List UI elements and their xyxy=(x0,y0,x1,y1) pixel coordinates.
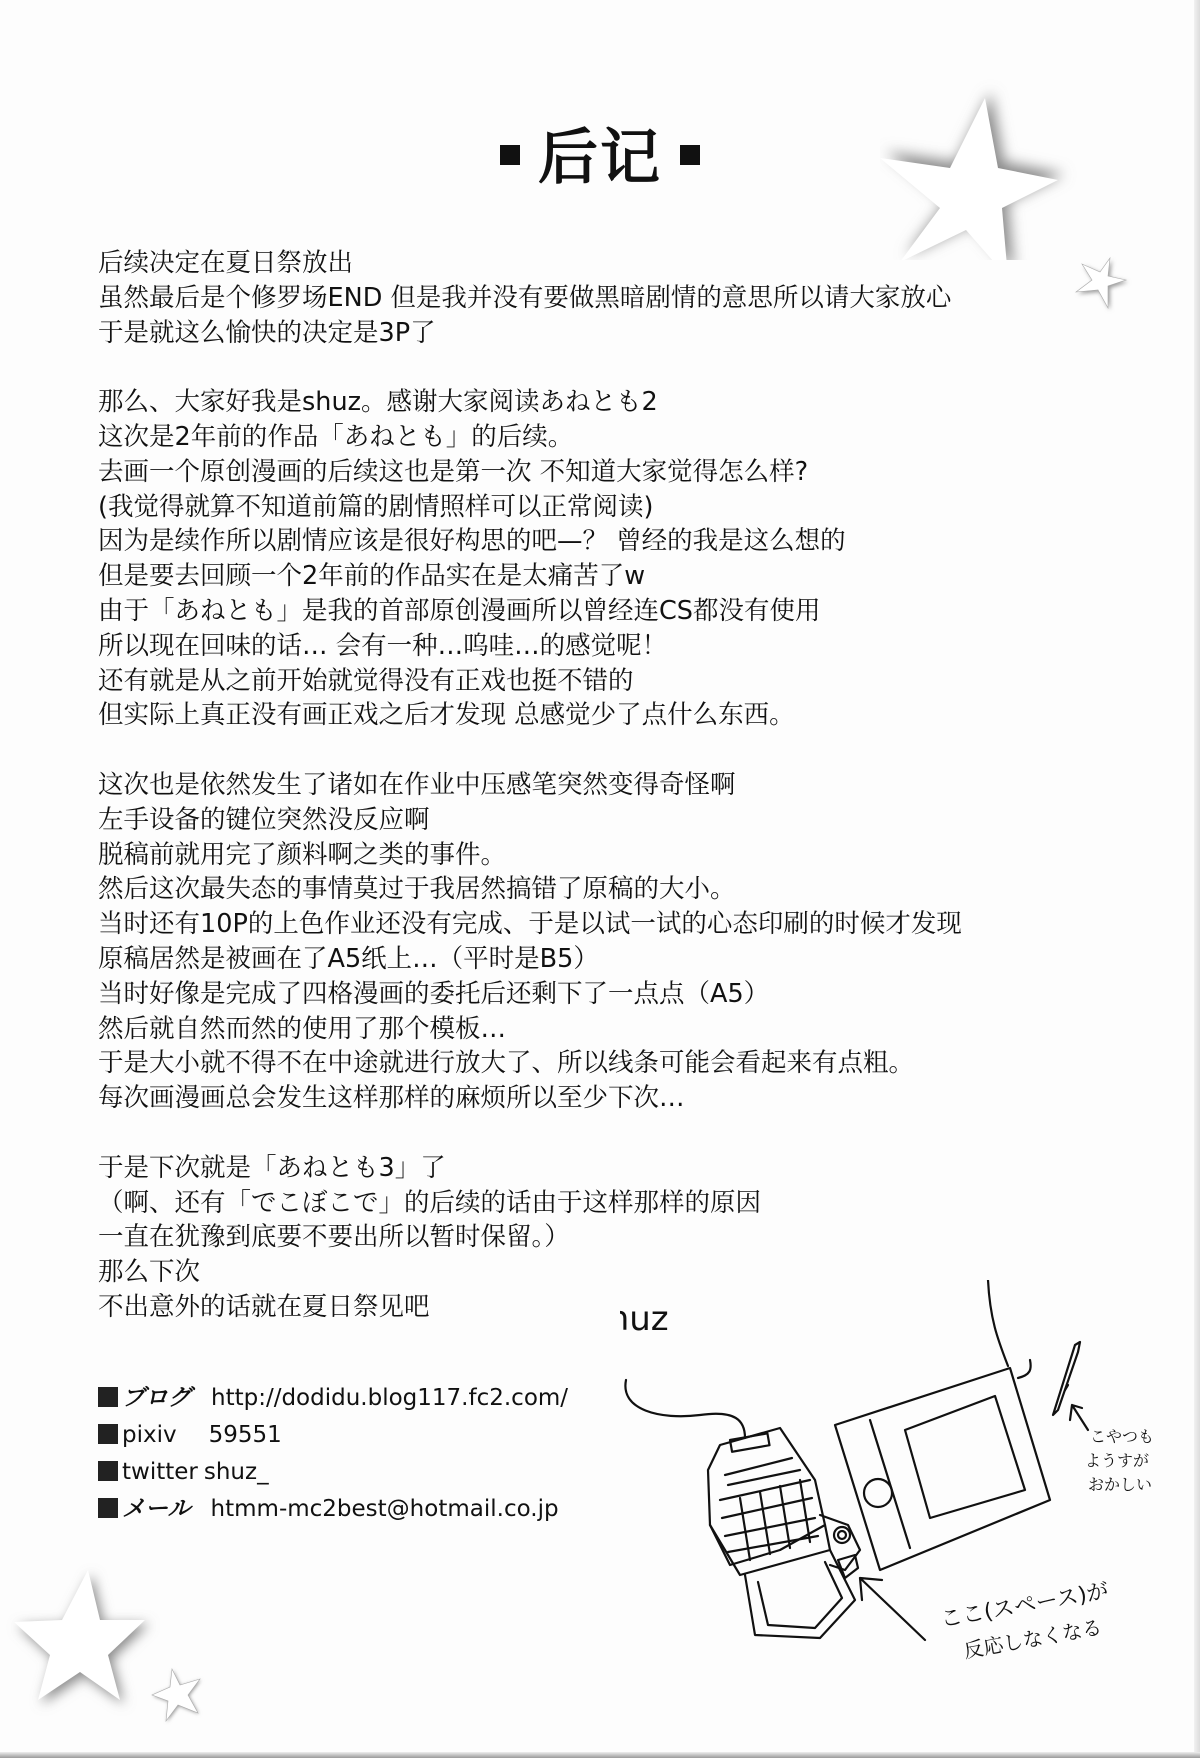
text-line: 当时还有10P的上色作业还没有完成、于是以试一试的心态印刷的时候才发现 xyxy=(98,907,1098,942)
text-line: 但实际上真正没有画正戏之后才发现 总感觉少了点什么东西。 xyxy=(98,698,1098,733)
svg-text:おかしい: おかしい xyxy=(1088,1475,1152,1494)
svg-text:こやつも: こやつも xyxy=(1090,1427,1154,1446)
text-line: 当时好像是完成了四格漫画的委托后还剩下了一点点（A5） xyxy=(98,977,1098,1012)
page-title: 后记 xyxy=(0,118,1200,198)
contact-label: メール xyxy=(122,1496,191,1522)
email-link[interactable]: htmm-mc2best@hotmail.co.jp xyxy=(211,1496,559,1522)
note-pen: こやつも ようすが おかしい xyxy=(1085,1427,1154,1494)
text-line: 左手设备的键位突然没反应啊 xyxy=(98,803,1098,838)
text-line: 原稿居然是被画在了A5纸上…（平时是B5） xyxy=(98,942,1098,977)
contact-list: ブログhttp://dodidu.blog117.fc2.com/ pixiv5… xyxy=(98,1380,568,1528)
afterword-body: 后续决定在夏日祭放出 虽然最后是个修罗场END 但是我并没有要做黑暗剧情的意思所… xyxy=(98,246,1098,1325)
square-bullet-icon xyxy=(98,1498,118,1518)
contact-blog: ブログhttp://dodidu.blog117.fc2.com/ xyxy=(98,1380,568,1417)
pen-tablet-icon xyxy=(835,1280,1050,1570)
arrow-icon xyxy=(1070,1405,1088,1430)
signature: shuz xyxy=(620,1299,669,1339)
contact-pixiv: pixiv59551 xyxy=(98,1417,568,1454)
text-line: 后续决定在夏日祭放出 xyxy=(98,246,1098,281)
star-icon xyxy=(0,1560,160,1730)
text-line: 每次画漫画总会发生这样那样的麻烦所以至少下次… xyxy=(98,1081,1098,1116)
page-title-text: 后记 xyxy=(538,123,662,193)
text-line: （啊、还有「でこぼこで」的后续的话由于这样那样的原因 xyxy=(98,1186,1098,1221)
contact-label: ブログ xyxy=(122,1385,191,1411)
contact-twitter: twittershuz_ xyxy=(98,1454,568,1491)
square-bullet-icon xyxy=(98,1387,118,1407)
stylus-pen-icon xyxy=(1053,1342,1080,1415)
text-line: 于是大小就不得不在中途就进行放大了、所以线条可能会看起来有点粗。 xyxy=(98,1046,1098,1081)
text-line: 所以现在回味的话… 会有一种…呜哇…的感觉呢！ xyxy=(98,629,1098,664)
text-line: 然后就自然而然的使用了那个模板… xyxy=(98,1012,1098,1047)
text-line: 由于「あねとも」是我的首部原创漫画所以曾经连CS都没有使用 xyxy=(98,594,1098,629)
pixiv-id: 59551 xyxy=(209,1422,282,1448)
text-line: 这次是2年前的作品「あねとも」的后续。 xyxy=(98,420,1098,455)
contact-label: pixiv xyxy=(122,1422,177,1448)
text-line: 因为是续作所以剧情应该是很好构思的吧—？ 曾经的我是这么想的 xyxy=(98,524,1098,559)
square-bullet-icon xyxy=(680,145,700,165)
twitter-handle: shuz_ xyxy=(204,1459,269,1485)
paragraph: 那么、大家好我是shuz。感谢大家阅读あねとも2 这次是2年前的作品「あねとも」… xyxy=(98,385,1098,733)
blog-url-link[interactable]: http://dodidu.blog117.fc2.com/ xyxy=(211,1385,568,1411)
text-line: 然后这次最失态的事情莫过于我居然搞错了原稿的大小。 xyxy=(98,872,1098,907)
contact-mail: メールhtmm-mc2best@hotmail.co.jp xyxy=(98,1491,568,1528)
illustration: shuz こやつも ようすが おかしい ここ(スペース)が 反応し xyxy=(620,1280,1200,1750)
text-line: (我觉得就算不知道前篇的剧情照样可以正常阅读) xyxy=(98,490,1098,525)
text-line: 脱稿前就用完了颜料啊之类的事件。 xyxy=(98,838,1098,873)
paragraph: 这次也是依然发生了诸如在作业中压感笔突然变得奇怪啊 左手设备的键位突然没反应啊 … xyxy=(98,768,1098,1116)
left-hand-keypad-icon xyxy=(708,1428,860,1638)
star-icon xyxy=(150,1665,210,1725)
square-bullet-icon xyxy=(98,1461,118,1481)
text-line: 这次也是依然发生了诸如在作业中压感笔突然变得奇怪啊 xyxy=(98,768,1098,803)
square-bullet-icon xyxy=(500,145,520,165)
text-line: 还有就是从之前开始就觉得没有正戏也挺不错的 xyxy=(98,664,1098,699)
note-keypad: ここ(スペース)が 反応しなくなる xyxy=(939,1579,1111,1663)
contact-label: twitter xyxy=(122,1459,198,1485)
text-line: 但是要去回顾一个2年前的作品实在是太痛苦了w xyxy=(98,559,1098,594)
text-line: 那么、大家好我是shuz。感谢大家阅读あねとも2 xyxy=(98,385,1098,420)
text-line: 于是下次就是「あねとも3」了 xyxy=(98,1151,1098,1186)
paragraph: 后续决定在夏日祭放出 虽然最后是个修罗场END 但是我并没有要做黑暗剧情的意思所… xyxy=(98,246,1098,350)
text-line: 虽然最后是个修罗场END 但是我并没有要做黑暗剧情的意思所以请大家放心 xyxy=(98,281,1098,316)
scan-edge xyxy=(0,1752,1200,1758)
svg-text:shuz: shuz xyxy=(620,1299,669,1339)
svg-text:ようすが: ようすが xyxy=(1085,1451,1149,1470)
square-bullet-icon xyxy=(98,1424,118,1444)
text-line: 一直在犹豫到底要不要出所以暂时保留。） xyxy=(98,1220,1098,1255)
text-line: 去画一个原创漫画的后续这也是第一次 不知道大家觉得怎么样? xyxy=(98,455,1098,490)
arrow-icon xyxy=(860,1578,925,1640)
text-line: 于是就这么愉快的决定是3P了 xyxy=(98,316,1098,351)
